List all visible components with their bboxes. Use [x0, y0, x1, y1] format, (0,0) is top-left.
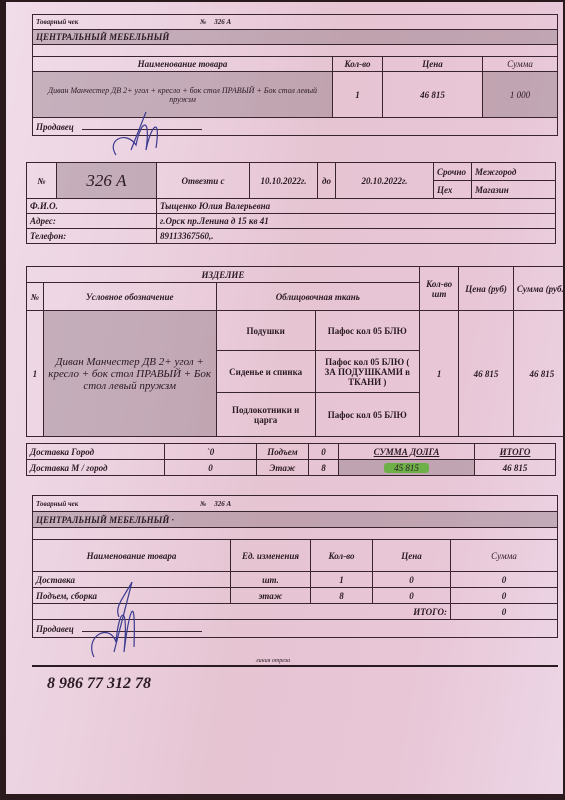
lift-value: 0 [309, 444, 339, 460]
fabric-value: Пафос кол 05 БЛЮ [315, 393, 419, 437]
blank-row [33, 45, 558, 57]
seller-row: Продавец [33, 620, 558, 638]
col-sum-header: Сумма [451, 540, 558, 572]
intercity-delivery-value: 0 [165, 460, 257, 476]
order-number: 326 А [57, 163, 157, 199]
store-name: ЦЕНТРАЛЬНЫЙ МЕБЕЛЬНЫЙ · [33, 512, 558, 528]
col-qty-header: Кол-во [333, 57, 383, 72]
item-price: 46 815 [383, 72, 483, 118]
fabric-part: Сиденье и спинка [216, 351, 315, 393]
receipt-number: 326 А [214, 18, 231, 26]
col-qty-header: Кол-во шт [419, 267, 459, 311]
intercity-label: Межгород [472, 163, 556, 181]
row-sum: 46 815 [513, 311, 565, 437]
col-sum-header: Сумма (руб.) [513, 267, 565, 311]
number-label: № [200, 18, 206, 26]
phone-value: 89113367560,. [157, 229, 556, 244]
to-label: до [318, 163, 336, 199]
row-name: Подъем, сборка [33, 588, 231, 604]
col-fabric-header: Облицовочная ткань [216, 283, 419, 311]
lift-label: Подъем [257, 444, 309, 460]
receipt-number: 326 А [214, 500, 231, 508]
store-name: ЦЕНТРАЛЬНЫЙ МЕБЕЛЬНЫЙ [33, 30, 558, 45]
total-label: ИТОГО [475, 444, 556, 460]
order-number-label: № [27, 163, 57, 199]
item-sum: 1 000 [483, 72, 558, 118]
total-value: 0 [451, 604, 558, 620]
city-delivery-value: `0 [165, 444, 257, 460]
fabric-part: Подлокотники и царга [216, 393, 315, 437]
bottom-receipt: Товарный чек № 326 А ЦЕНТРАЛЬНЫЙ МЕБЕЛЬН… [32, 495, 558, 638]
row-qty: 1 [311, 572, 373, 588]
row-unit: шт. [231, 572, 311, 588]
seller-label: Продавец [36, 122, 74, 132]
debt-value-cell: 45 815 [339, 460, 475, 476]
phone-label: Телефон: [27, 229, 157, 244]
fio-value: Тыщенко Юлия Валерьевна [157, 199, 556, 214]
number-label: № [200, 500, 206, 508]
urgent-label: Срочно [434, 163, 472, 181]
order-totals: Доставка Город `0 Подъем 0 СУММА ДОЛГА И… [26, 443, 556, 476]
handwritten-phone: 8 986 77 312 78 [47, 675, 151, 693]
deliver-from-label: Отвезти с [157, 163, 250, 199]
col-name-header: Наименование товара [33, 540, 231, 572]
top-receipt-header: Товарный чек № 326 А [33, 15, 558, 30]
col-sum-header: Сумма [483, 57, 558, 72]
row-no: 1 [27, 311, 44, 437]
debt-label: СУММА ДОЛГА [339, 444, 475, 460]
signature-line [82, 129, 202, 130]
signature-line [82, 631, 202, 632]
cut-line [32, 665, 558, 667]
row-price: 0 [373, 572, 451, 588]
item-qty: 1 [333, 72, 383, 118]
row-qty: 1 [419, 311, 459, 437]
col-price-header: Цена (руб) [459, 267, 513, 311]
store-label: Магазин [472, 181, 556, 199]
group-header: ИЗДЕЛИЕ [27, 267, 420, 283]
date-from: 10.10.2022г. [250, 163, 318, 199]
debt-value: 45 815 [384, 463, 429, 473]
top-receipt: Товарный чек № 326 А ЦЕНТРАЛЬНЫЙ МЕБЕЛЬН… [32, 14, 558, 136]
fabric-value: Пафос кол 05 БЛЮ ( ЗА ПОДУШКАМИ в ТКАНИ … [315, 351, 419, 393]
row-qty: 8 [311, 588, 373, 604]
order-info: № 326 А Отвезти с 10.10.2022г. до 20.10.… [26, 162, 556, 244]
col-designation-header: Условное обозначение [43, 283, 216, 311]
col-name-header: Наименование товара [33, 57, 333, 72]
fabric-part: Подушки [216, 311, 315, 351]
workshop-label: Цех [434, 181, 472, 199]
row-designation: Диван Манчестер ДВ 2+ угол + кресло + бо… [43, 311, 216, 437]
col-price-header: Цена [373, 540, 451, 572]
total-value: 46 815 [475, 460, 556, 476]
col-qty-header: Кол-во [311, 540, 373, 572]
row-sum: 0 [451, 588, 558, 604]
bottom-receipt-header: Товарный чек № 326 А [33, 496, 558, 512]
address-value: г.Орск пр.Ленина д 15 кв 41 [157, 214, 556, 229]
blank-row [33, 528, 558, 540]
seller-row: Продавец [33, 118, 558, 136]
row-price: 46 815 [459, 311, 513, 437]
receipt-paper: Товарный чек № 326 А ЦЕНТРАЛЬНЫЙ МЕБЕЛЬН… [6, 2, 563, 794]
total-label: ИТОГО: [33, 604, 451, 620]
col-unit-header: Ед. изменения [231, 540, 311, 572]
table-row: Доставка шт. 1 0 0 [33, 572, 558, 588]
col-price-header: Цена [383, 57, 483, 72]
item-name: Диван Манчестер ДВ 2+ угол + кресло + бо… [33, 72, 333, 118]
row-name: Доставка [33, 572, 231, 588]
city-delivery-label: Доставка Город [27, 444, 165, 460]
receipt-title: Товарный чек [36, 500, 78, 508]
intercity-delivery-label: Доставка М / город [27, 460, 165, 476]
date-to: 20.10.2022г. [336, 163, 434, 199]
items-table: ИЗДЕЛИЕ Кол-во шт Цена (руб) Сумма (руб.… [26, 266, 565, 437]
floor-value: 8 [309, 460, 339, 476]
cut-line-label: линия отреза [256, 658, 290, 664]
floor-label: Этаж [257, 460, 309, 476]
table-row: Подъем, сборка этаж 8 0 0 [33, 588, 558, 604]
address-label: Адрес: [27, 214, 157, 229]
fio-label: Ф.И.О. [27, 199, 157, 214]
row-unit: этаж [231, 588, 311, 604]
row-price: 0 [373, 588, 451, 604]
col-no-header: № [27, 283, 44, 311]
seller-label: Продавец [36, 624, 74, 634]
fabric-value: Пафос кол 05 БЛЮ [315, 311, 419, 351]
row-sum: 0 [451, 572, 558, 588]
receipt-title: Товарный чек [36, 18, 78, 26]
